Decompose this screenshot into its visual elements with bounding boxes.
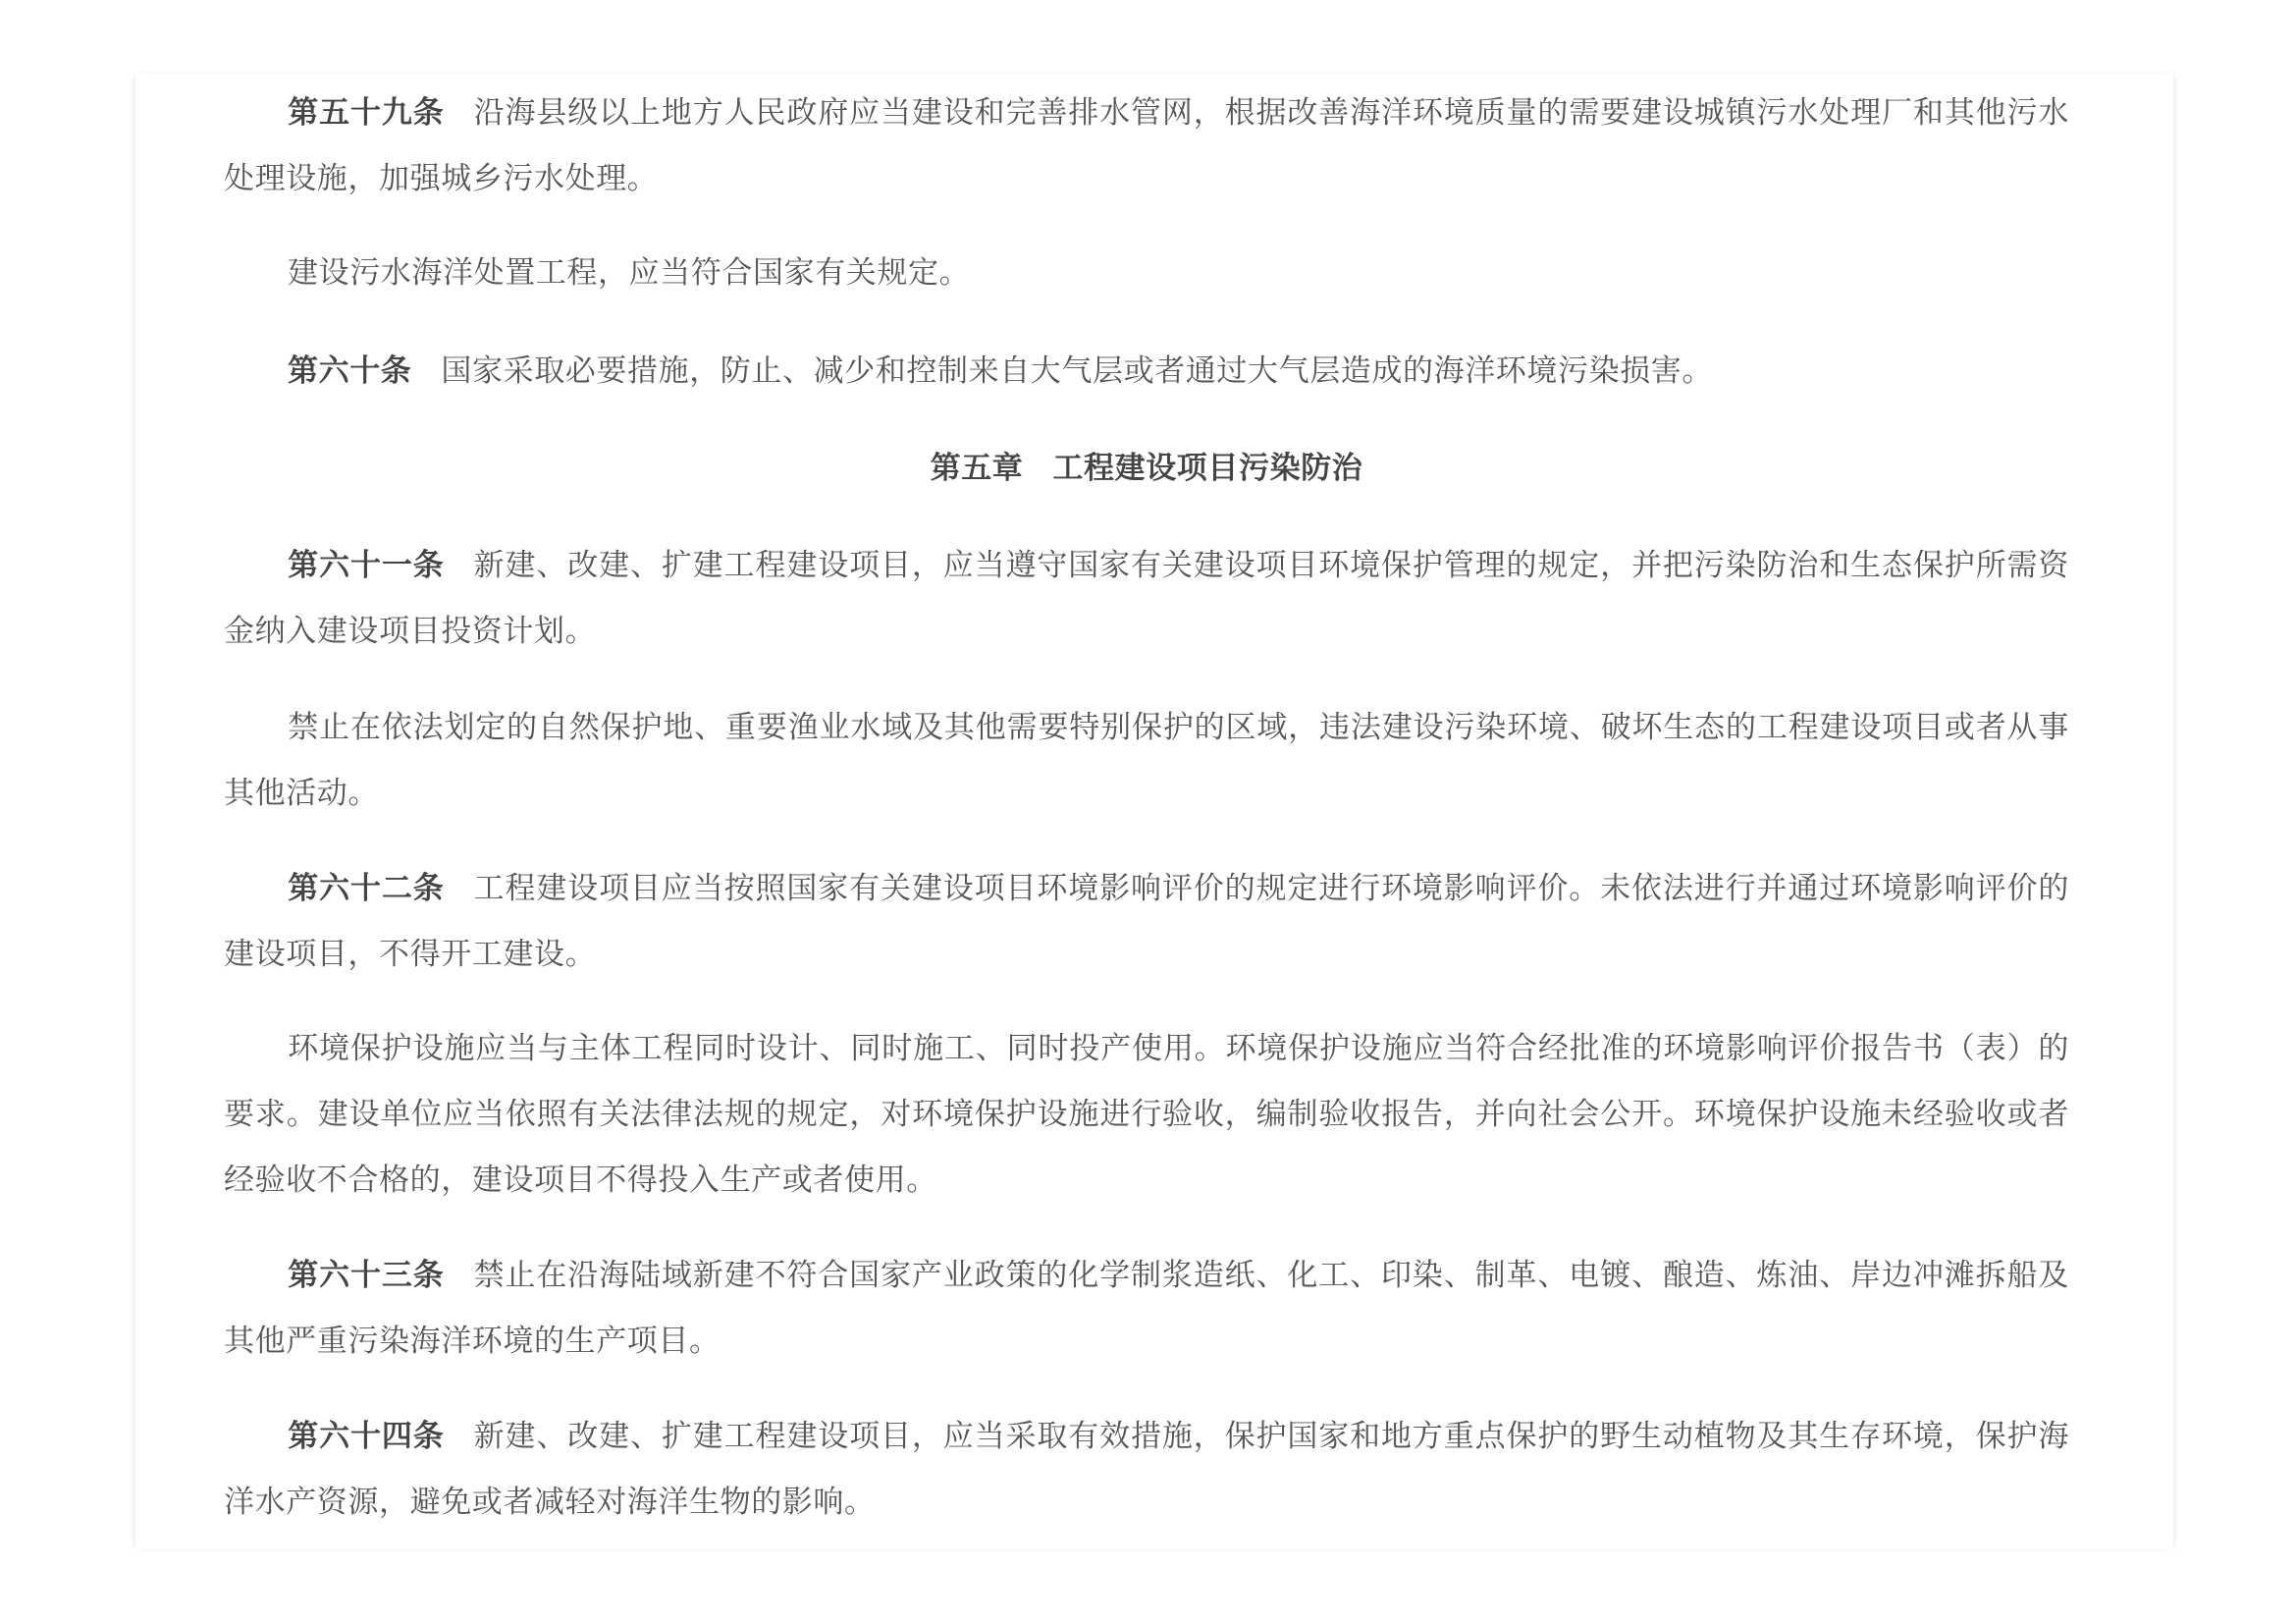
paragraph-article-59: 第五十九条沿海县级以上地方人民政府应当建设和完善排水管网，根据改善海洋环境质量的… bbox=[224, 81, 2069, 212]
article-number: 第六十四条 bbox=[288, 1419, 445, 1454]
article-text: 国家采取必要措施，防止、减少和控制来自大气层或者通过大气层造成的海洋环境污染损害… bbox=[441, 353, 1713, 389]
article-number: 第五十九条 bbox=[288, 95, 445, 131]
paragraph-article-61-2: 禁止在依法划定的自然保护地、重要渔业水域及其他需要特别保护的区域，违法建设污染环… bbox=[224, 695, 2069, 827]
paragraph-article-60: 第六十条国家采取必要措施，防止、减少和控制来自大气层或者通过大气层造成的海洋环境… bbox=[224, 339, 2069, 405]
chapter-title: 工程建设项目污染防治 bbox=[1052, 451, 1362, 486]
paragraph-article-63: 第六十三条禁止在沿海陆域新建不符合国家产业政策的化学制浆造纸、化工、印染、制革、… bbox=[224, 1243, 2069, 1375]
paragraph-article-64: 第六十四条新建、改建、扩建工程建设项目，应当采取有效措施，保护国家和地方重点保护… bbox=[224, 1404, 2069, 1536]
article-number: 第六十条 bbox=[288, 353, 411, 389]
paragraph-article-62: 第六十二条工程建设项目应当按照国家有关建设项目环境影响评价的规定进行环境影响评价… bbox=[224, 856, 2069, 988]
chapter-heading: 第五章工程建设项目污染防治 bbox=[224, 436, 2069, 502]
article-text: 禁止在依法划定的自然保护地、重要渔业水域及其他需要特别保护的区域，违法建设污染环… bbox=[224, 710, 2069, 811]
article-number: 第六十三条 bbox=[288, 1258, 445, 1293]
article-number: 第六十一条 bbox=[288, 548, 445, 583]
paragraph-article-62-2: 环境保护设施应当与主体工程同时设计、同时施工、同时投产使用。环境保护设施应当符合… bbox=[224, 1016, 2069, 1214]
article-text: 新建、改建、扩建工程建设项目，应当遵守国家有关建设项目环境保护管理的规定，并把污… bbox=[224, 548, 2069, 649]
chapter-number: 第五章 bbox=[931, 451, 1024, 486]
paragraph-article-61: 第六十一条新建、改建、扩建工程建设项目，应当遵守国家有关建设项目环境保护管理的规… bbox=[224, 533, 2069, 665]
article-text: 禁止在沿海陆域新建不符合国家产业政策的化学制浆造纸、化工、印染、制革、电镀、酿造… bbox=[224, 1258, 2069, 1359]
article-text: 环境保护设施应当与主体工程同时设计、同时施工、同时投产使用。环境保护设施应当符合… bbox=[224, 1031, 2069, 1198]
article-text: 沿海县级以上地方人民政府应当建设和完善排水管网，根据改善海洋环境质量的需要建设城… bbox=[224, 95, 2069, 196]
article-number: 第六十二条 bbox=[288, 871, 445, 906]
article-text: 新建、改建、扩建工程建设项目，应当采取有效措施，保护国家和地方重点保护的野生动植… bbox=[224, 1419, 2069, 1520]
article-text: 建设污水海洋处置工程，应当符合国家有关规定。 bbox=[288, 255, 970, 291]
paragraph-article-59-2: 建设污水海洋处置工程，应当符合国家有关规定。 bbox=[224, 241, 2069, 306]
article-text: 工程建设项目应当按照国家有关建设项目环境影响评价的规定进行环境影响评价。未依法进… bbox=[224, 871, 2069, 972]
